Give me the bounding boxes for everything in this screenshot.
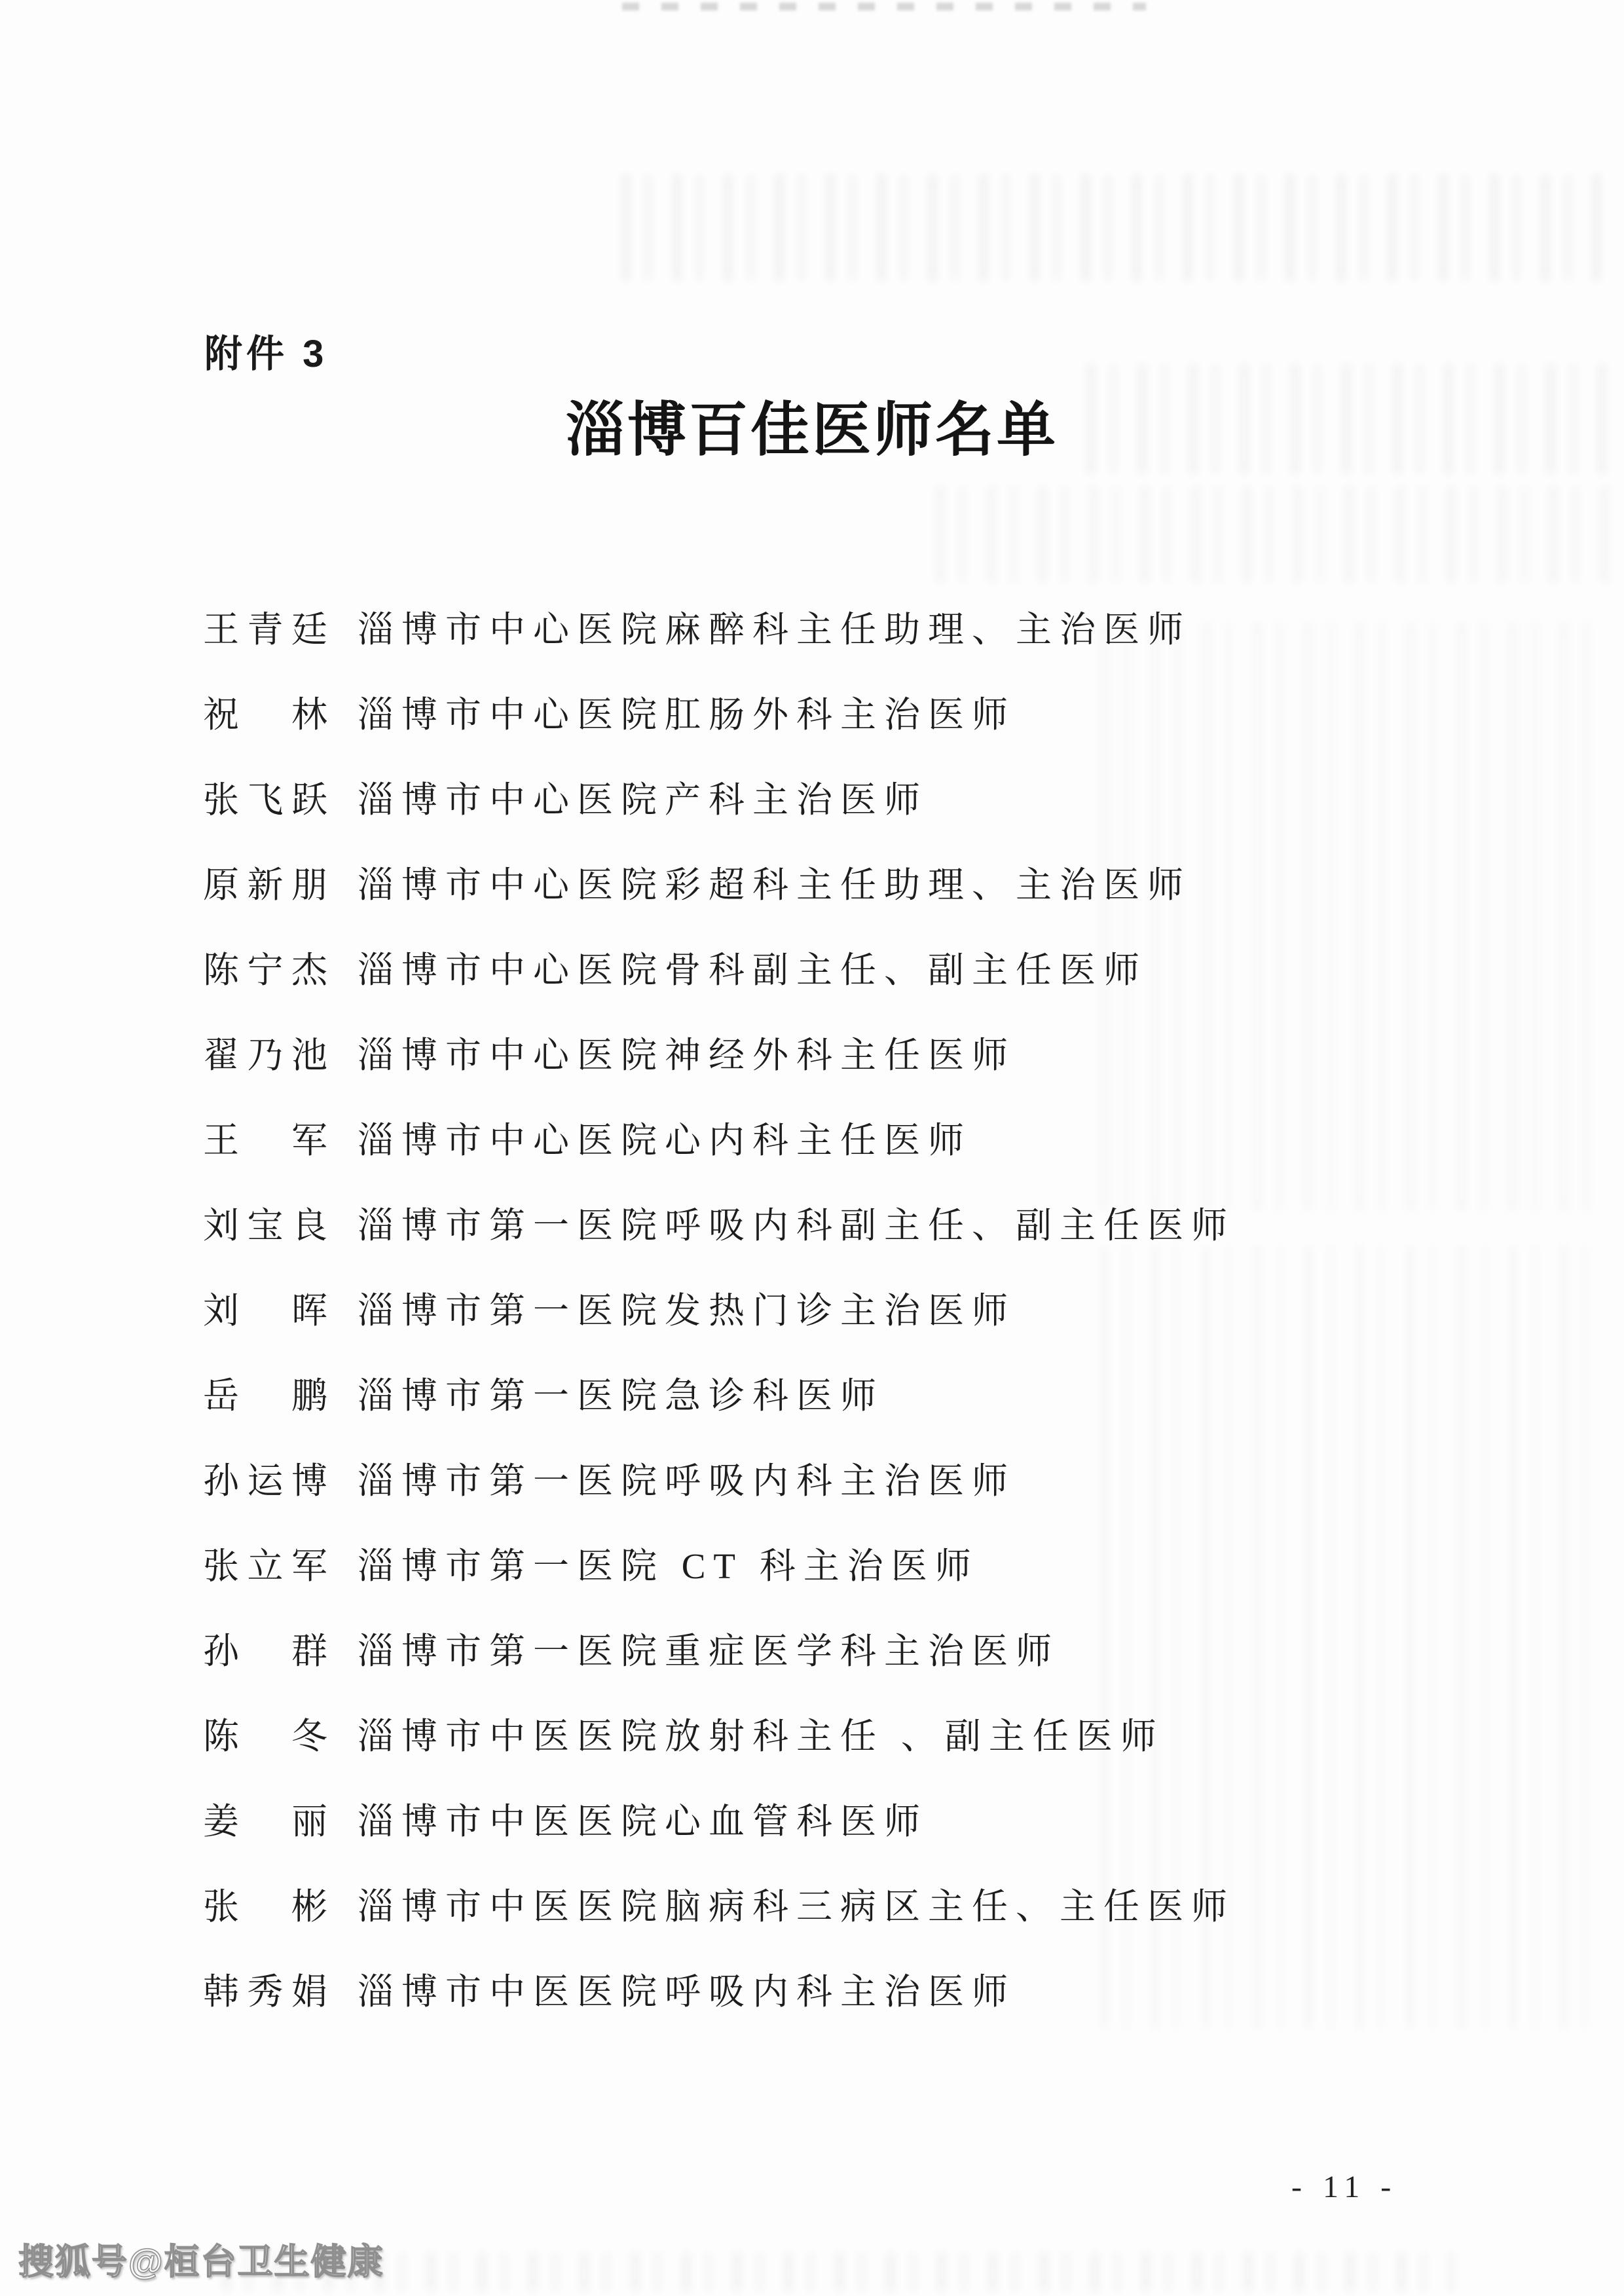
doctor-description: 淄博市中医医院呼吸内科主治医师: [358, 1971, 1016, 2013]
doctor-description: 淄博市第一医院呼吸内科副主任、副主任医师: [358, 1205, 1235, 1247]
doctor-row: 陈宁杰淄博市中心医院骨科副主任、副主任医师: [203, 950, 1147, 991]
doctor-row: 孙运博淄博市第一医院呼吸内科主治医师: [203, 1460, 1016, 1502]
doctor-name: 陈冬: [203, 1716, 327, 1758]
doctor-name: 刘宝良: [203, 1205, 327, 1247]
doctor-row: 祝林淄博市中心医院肛肠外科主治医师: [203, 694, 1016, 736]
doctor-row: 韩秀娟淄博市中医医院呼吸内科主治医师: [203, 1971, 1016, 2013]
doctor-description: 淄博市中心医院彩超科主任助理、主治医师: [358, 864, 1191, 906]
doctor-description: 淄博市中心医院心内科主任医师: [358, 1120, 972, 1162]
doctor-name: 张飞跃: [203, 779, 327, 821]
doctor-name: 孙运博: [203, 1460, 327, 1502]
doctor-description: 淄博市中心医院肛肠外科主治医师: [358, 694, 1016, 736]
watermark-sohu: 搜狐号@桓台卫生健康: [18, 2241, 384, 2283]
doctor-row: 王青廷淄博市中心医院麻醉科主任助理、主治医师: [203, 609, 1191, 651]
doctor-row: 张立军淄博市第一医院 CT 科主治医师: [203, 1546, 979, 1587]
doctor-name: 岳鹏: [203, 1375, 327, 1417]
doctor-row: 刘晖淄博市第一医院发热门诊主治医师: [203, 1290, 1016, 1332]
doctor-description: 淄博市中医医院放射科主任 、副主任医师: [358, 1716, 1164, 1758]
doctor-name: 陈宁杰: [203, 950, 327, 991]
doctor-description: 淄博市中医医院脑病科三病区主任、主任医师: [358, 1886, 1235, 1928]
doctor-row: 陈冬淄博市中医医院放射科主任 、副主任医师: [203, 1716, 1164, 1758]
doctor-description: 淄博市第一医院发热门诊主治医师: [358, 1290, 1016, 1332]
doctor-name: 孙群: [203, 1631, 327, 1673]
doctor-name: 刘晖: [203, 1290, 327, 1332]
doctor-description: 淄博市中心医院麻醉科主任助理、主治医师: [358, 609, 1191, 651]
doctor-row: 翟乃池淄博市中心医院神经外科主任医师: [203, 1035, 1016, 1077]
doctor-description: 淄博市中医医院心血管科医师: [358, 1801, 928, 1843]
doctor-name: 翟乃池: [203, 1035, 327, 1077]
doctor-row: 刘宝良淄博市第一医院呼吸内科副主任、副主任医师: [203, 1205, 1235, 1247]
doctor-description: 淄博市第一医院 CT 科主治医师: [358, 1546, 979, 1587]
doctor-list: 王青廷淄博市中心医院麻醉科主任助理、主治医师祝林淄博市中心医院肛肠外科主治医师张…: [0, 0, 1624, 2296]
page-number: - 11 -: [1291, 2169, 1397, 2206]
doctor-name: 王青廷: [203, 609, 327, 651]
doctor-row: 原新朋淄博市中心医院彩超科主任助理、主治医师: [203, 864, 1191, 906]
doctor-name: 王军: [203, 1120, 327, 1162]
doctor-name: 张立军: [203, 1546, 327, 1587]
doctor-name: 韩秀娟: [203, 1971, 327, 2013]
doctor-name: 原新朋: [203, 864, 327, 906]
doctor-row: 岳鹏淄博市第一医院急诊科医师: [203, 1375, 884, 1417]
doctor-row: 孙群淄博市第一医院重症医学科主治医师: [203, 1631, 1060, 1673]
doctor-row: 姜丽淄博市中医医院心血管科医师: [203, 1801, 928, 1843]
doctor-description: 淄博市中心医院产科主治医师: [358, 779, 928, 821]
doctor-description: 淄博市中心医院骨科副主任、副主任医师: [358, 950, 1147, 991]
doctor-name: 姜丽: [203, 1801, 327, 1843]
doctor-description: 淄博市中心医院神经外科主任医师: [358, 1035, 1016, 1077]
document-page: 附件 3 淄博百佳医师名单 王青廷淄博市中心医院麻醉科主任助理、主治医师祝林淄博…: [0, 0, 1624, 2296]
doctor-description: 淄博市第一医院呼吸内科主治医师: [358, 1460, 1016, 1502]
doctor-row: 张彬淄博市中医医院脑病科三病区主任、主任医师: [203, 1886, 1235, 1928]
doctor-name: 祝林: [203, 694, 327, 736]
doctor-description: 淄博市第一医院重症医学科主治医师: [358, 1631, 1060, 1673]
doctor-row: 王军淄博市中心医院心内科主任医师: [203, 1120, 972, 1162]
doctor-row: 张飞跃淄博市中心医院产科主治医师: [203, 779, 928, 821]
doctor-description: 淄博市第一医院急诊科医师: [358, 1375, 884, 1417]
doctor-name: 张彬: [203, 1886, 327, 1928]
